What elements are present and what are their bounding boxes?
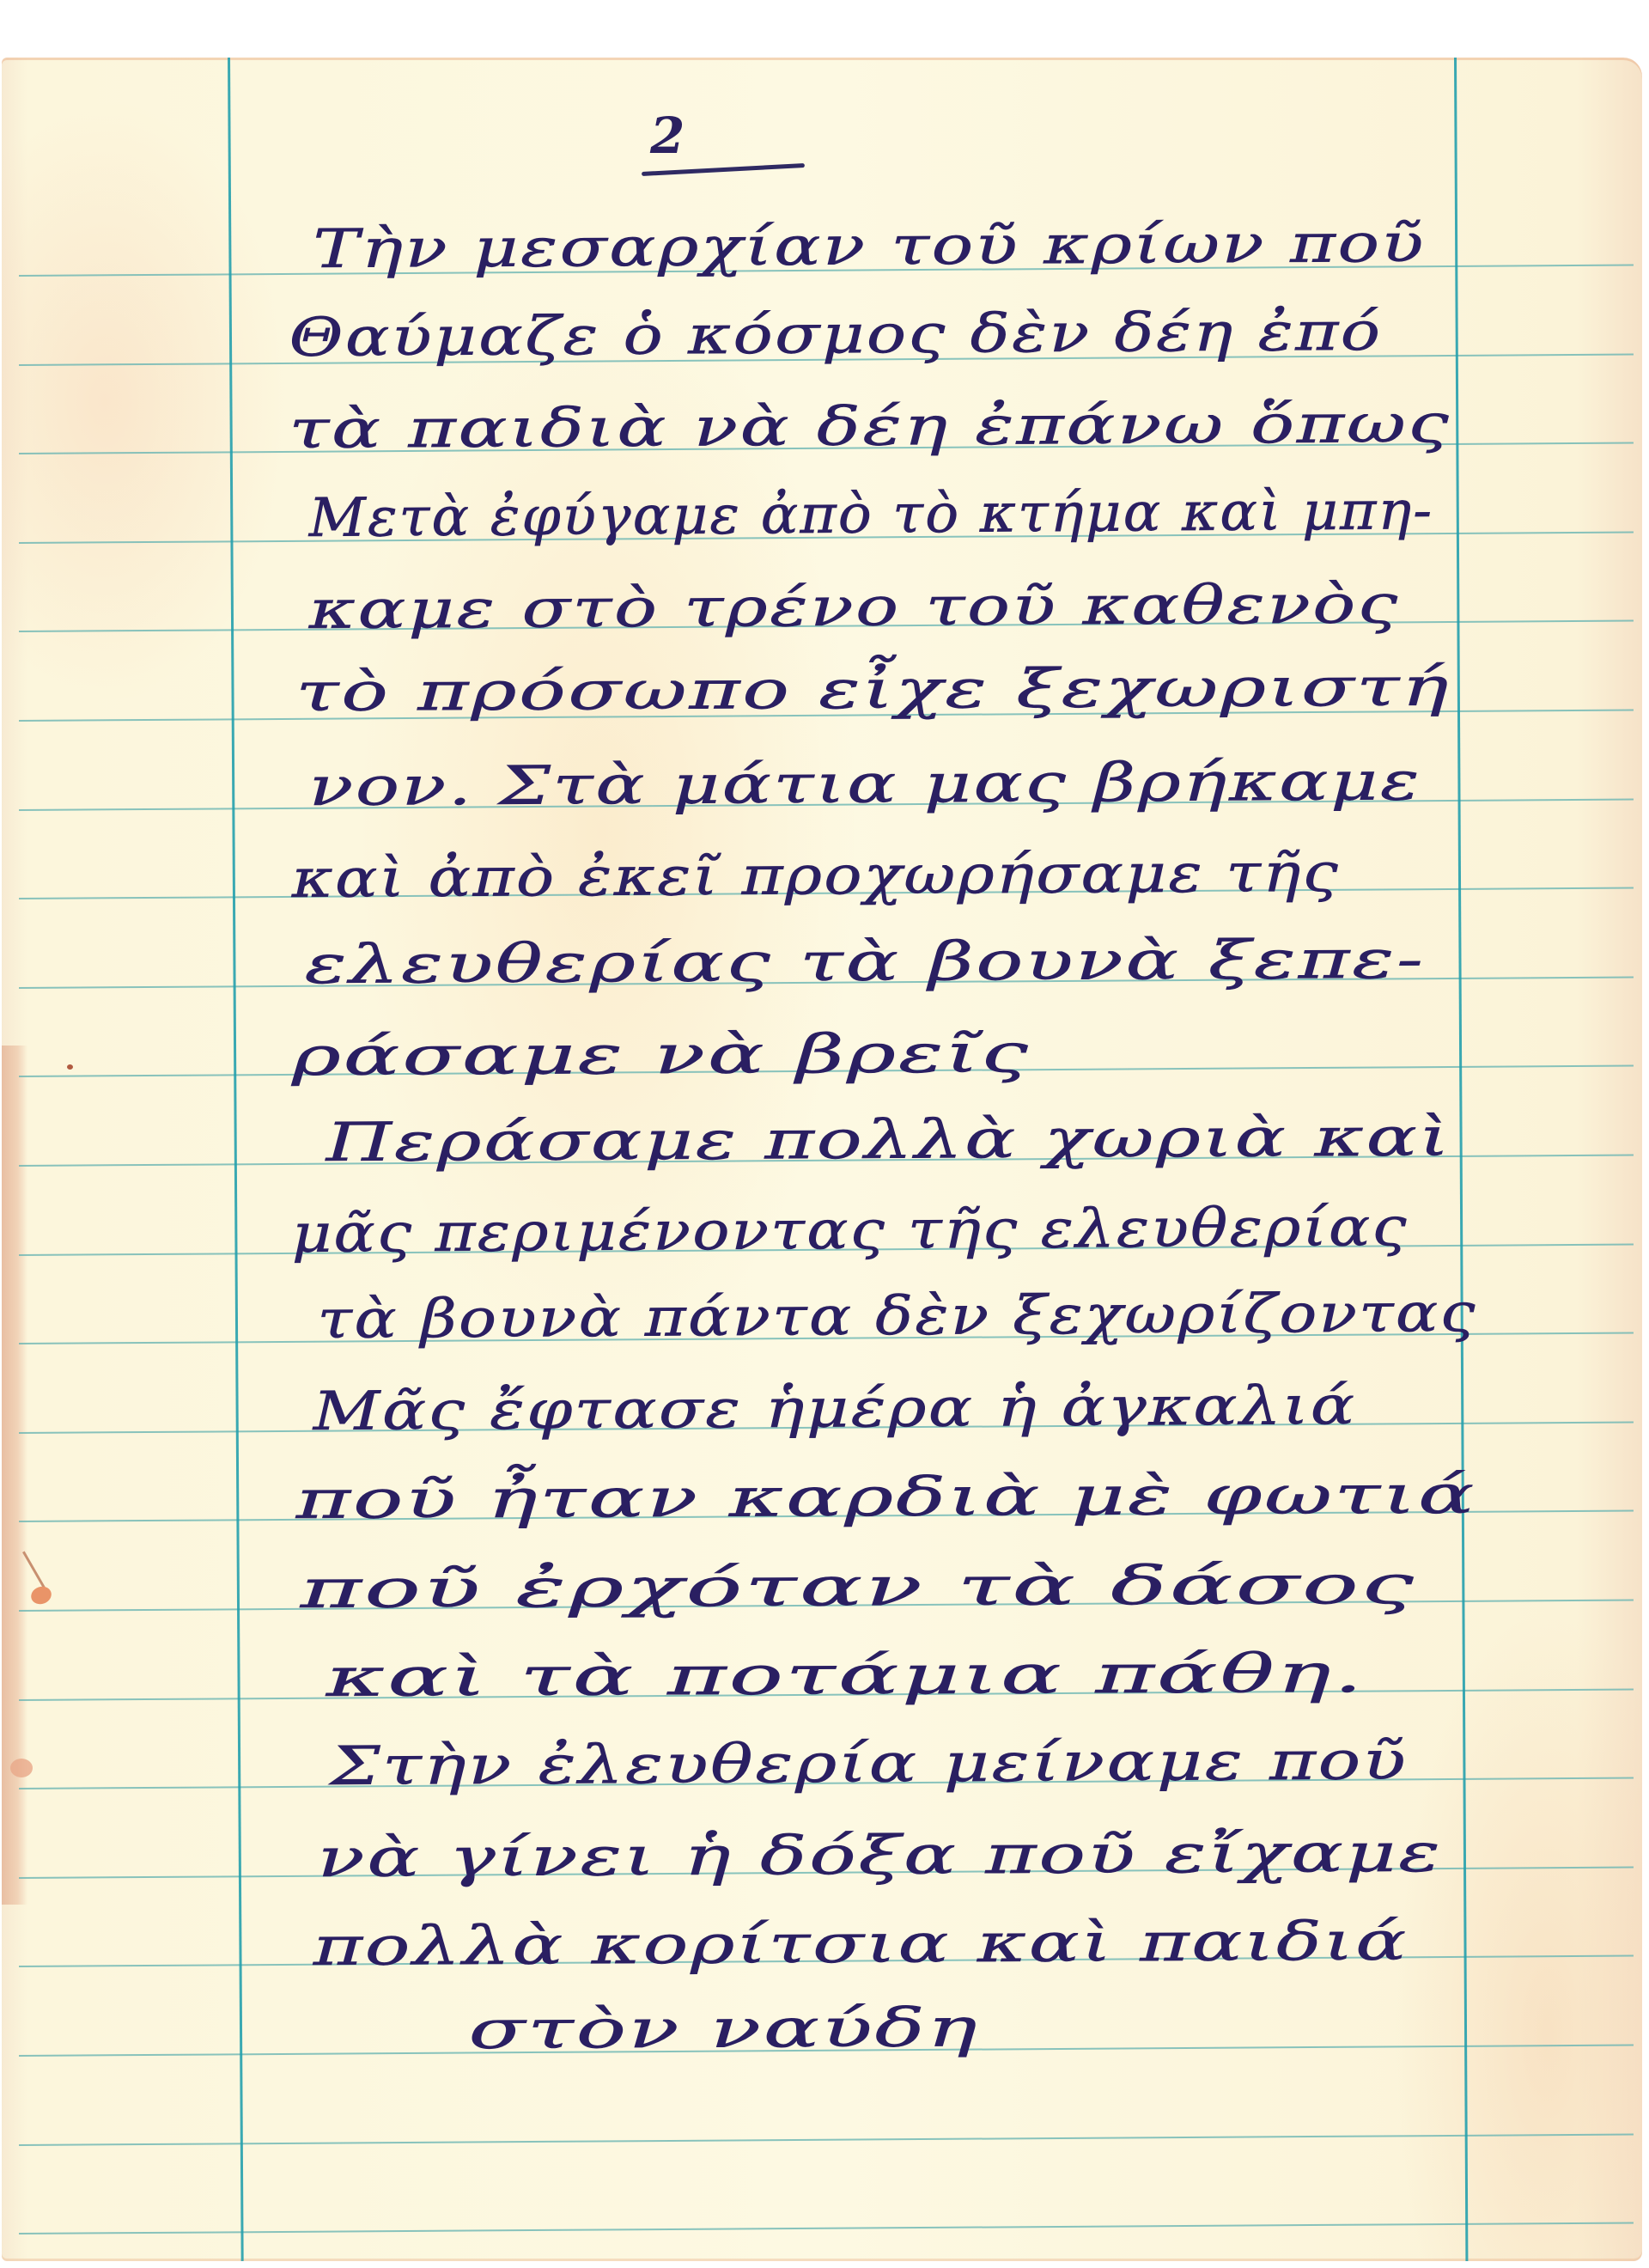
- ink-speck: [67, 1064, 73, 1070]
- handwritten-line: καὶ τὰ ποτάμια πάθη.: [326, 1647, 1365, 1704]
- handwritten-line: ποῦ ἐρχόταν τὰ δάσος: [300, 1558, 1416, 1616]
- handwritten-line: ελευθερίας τὰ βουνὰ ξεπε-: [304, 933, 1426, 991]
- ruled-line: [19, 2133, 1634, 2145]
- right-margin-rule: [1454, 58, 1468, 2261]
- handwritten-line: Θαύμαζε ὁ κόσμος δὲν δέη ἐπό: [289, 305, 1382, 364]
- left-margin-rule: [228, 58, 244, 2261]
- handwritten-line: τὰ βουνὰ πάντα δὲν ξεχωρίζοντας: [317, 1286, 1477, 1346]
- page-number: 2: [650, 111, 685, 161]
- handwritten-line: Μετὰ ἐφύγαμε ἀπὸ τὸ κτήμα καὶ μπη-: [309, 484, 1434, 545]
- notebook-page: 2 Τὴν μεσαρχίαν τοῦ κρίων ποῦΘαύμαζε ὁ κ…: [2, 58, 1642, 2261]
- handwritten-line: πολλὰ κορίτσια καὶ παιδιά: [313, 1915, 1409, 1973]
- handwritten-line: ράσαμε νὰ βρεῖς: [291, 1027, 1031, 1083]
- handwritten-line: νὰ γίνει ἡ δόξα ποῦ εἴχαμε: [317, 1826, 1443, 1885]
- handwritten-line: Στὴν ἐλευθερία μείναμε ποῦ: [330, 1734, 1408, 1793]
- page-number-underline: [642, 163, 805, 176]
- ruled-line: [19, 2222, 1634, 2234]
- handwritten-line: νον. Στὰ μάτια μας βρήκαμε: [308, 754, 1421, 814]
- handwritten-line: καὶ ἀπὸ ἐκεῖ προχωρήσαμε τῆς: [291, 846, 1340, 905]
- handwritten-line: μᾶς περιμένοντας τῆς ελευθερίας: [292, 1200, 1409, 1260]
- handwritten-line: τὰ παιδιὰ νὰ δέη ἐπάνω ὅπως: [289, 397, 1451, 456]
- handwritten-line: ποῦ ἦταν καρδιὰ μὲ φωτιά: [295, 1468, 1476, 1527]
- handwritten-line: καμε στὸ τρένο τοῦ καθενὸς: [308, 577, 1400, 637]
- handwritten-line: στὸν ναύδη: [468, 2001, 980, 2057]
- handwritten-line: Περάσαμε πολλὰ χωριὰ καὶ: [326, 1111, 1451, 1169]
- handwritten-line: Τὴν μεσαρχίαν τοῦ κρίων ποῦ: [313, 216, 1426, 276]
- rust-stain: [28, 1583, 53, 1606]
- handwritten-line: Μᾶς ἔφτασε ἡμέρα ἡ ἀγκαλιά: [313, 1379, 1356, 1438]
- handwritten-line: τὸ πρόσωπο εἶχε ξεχωριστή: [295, 661, 1451, 719]
- edge-stain: [10, 1759, 33, 1777]
